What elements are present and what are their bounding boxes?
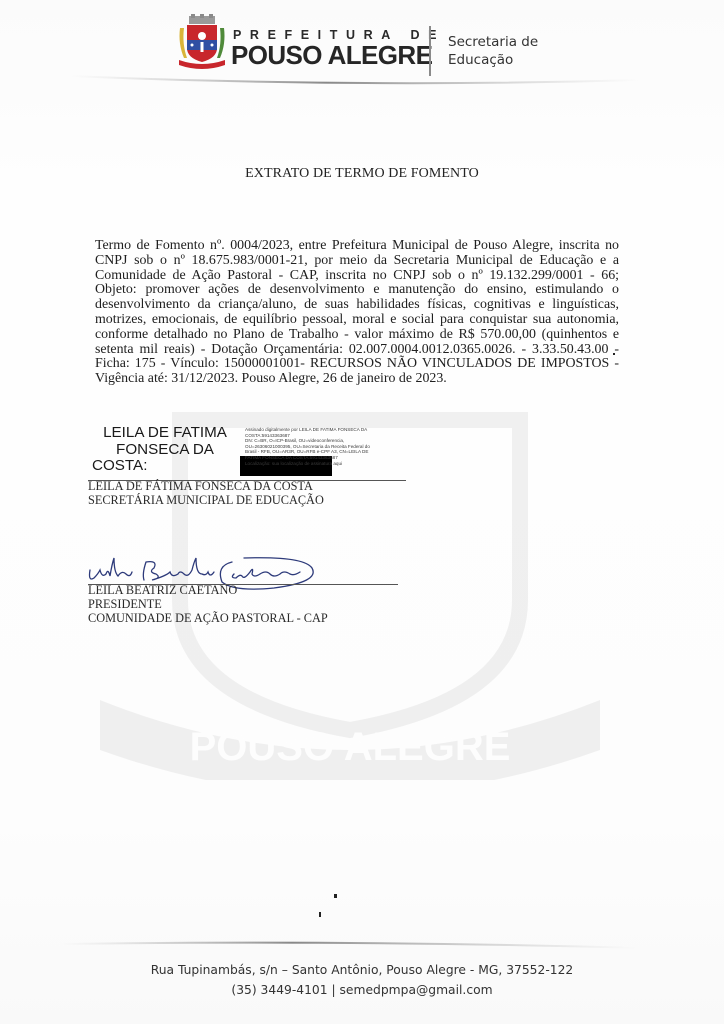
meta-line: Localização: sua localização de assinatu… — [245, 461, 405, 467]
body-line: motrizes, emocionais, de equilíbrio pess… — [95, 313, 619, 328]
department-name: Secretaria de Educação — [448, 33, 538, 69]
footer-contact: Rua Tupinambás, s/n – Santo Antônio, Pou… — [0, 960, 724, 1000]
signatory-2-name: LEILA BEATRIZ CAETANO — [88, 584, 328, 598]
body-line: desenvolvimento da criança/aluno, de sua… — [95, 298, 619, 313]
body-line: Ficha: 175 - Vínculo: 15000001001- RECUR… — [95, 357, 619, 372]
scan-speck — [334, 894, 337, 898]
department-line-1: Secretaria de — [448, 33, 538, 51]
signatory-2: LEILA BEATRIZ CAETANO PRESIDENTE COMUNID… — [88, 584, 328, 625]
body-line: Objeto: promover ações de desenvolviment… — [95, 283, 619, 298]
footer-rule — [60, 938, 640, 950]
signatory-2-role: PRESIDENTE — [88, 598, 328, 612]
municipal-coat-of-arms-icon — [176, 14, 228, 70]
digital-signature-block: LEILA DE FATIMA FONSECA DA COSTA: Assina… — [90, 425, 410, 477]
footer-phone-email: (35) 3449-4101 | semedpmpa@gmail.com — [0, 980, 724, 1000]
scan-speck — [613, 353, 615, 355]
signer-name-line-3: COSTA: — [90, 458, 240, 475]
document-body: Termo de Fomento nº. 0004/2023, entre Pr… — [95, 239, 619, 387]
scan-speck — [319, 912, 321, 917]
signatory-1-name: LEILA DE FÁTIMA FONSECA DA COSTA — [88, 480, 324, 494]
signer-name-line-2: FONSECA DA — [90, 442, 240, 459]
document-page: POUSO ALEGRE PREFEITURA DE POUSO ALEGRE … — [0, 0, 724, 1024]
signatory-1: LEILA DE FÁTIMA FONSECA DA COSTA SECRETÁ… — [88, 480, 324, 507]
footer-address: Rua Tupinambás, s/n – Santo Antônio, Pou… — [0, 960, 724, 980]
body-line: Vigência até: 31/12/2023. Pouso Alegre, … — [95, 372, 619, 387]
header-divider — [429, 26, 431, 76]
brand-pouso-alegre: POUSO ALEGRE — [231, 40, 432, 71]
body-line: conforme detalhado no Plano de Trabalho … — [95, 328, 619, 343]
body-line: Comunidade de Ação Pastoral - CAP, inscr… — [95, 269, 619, 284]
digital-signer-name: LEILA DE FATIMA FONSECA DA COSTA: — [90, 425, 240, 475]
body-line: CNPJ sob o nº 18.675.983/0001-21, por me… — [95, 254, 619, 269]
signer-name-line-1: LEILA DE FATIMA — [90, 425, 240, 442]
signature-certificate-details: Assinado digitalmente por LEILA DE FATIM… — [245, 427, 405, 466]
document-title: EXTRATO DE TERMO DE FOMENTO — [0, 166, 724, 182]
letterhead: PREFEITURA DE POUSO ALEGRE Secretaria de… — [176, 14, 576, 74]
body-line: Termo de Fomento nº. 0004/2023, entre Pr… — [95, 239, 619, 254]
signatory-1-role: SECRETÁRIA MUNICIPAL DE EDUCAÇÃO — [88, 494, 324, 508]
header-rule — [70, 72, 640, 88]
department-line-2: Educação — [448, 51, 538, 69]
svg-text:POUSO ALEGRE: POUSO ALEGRE — [190, 725, 511, 769]
signatory-2-organization: COMUNIDADE DE AÇÃO PASTORAL - CAP — [88, 612, 328, 626]
